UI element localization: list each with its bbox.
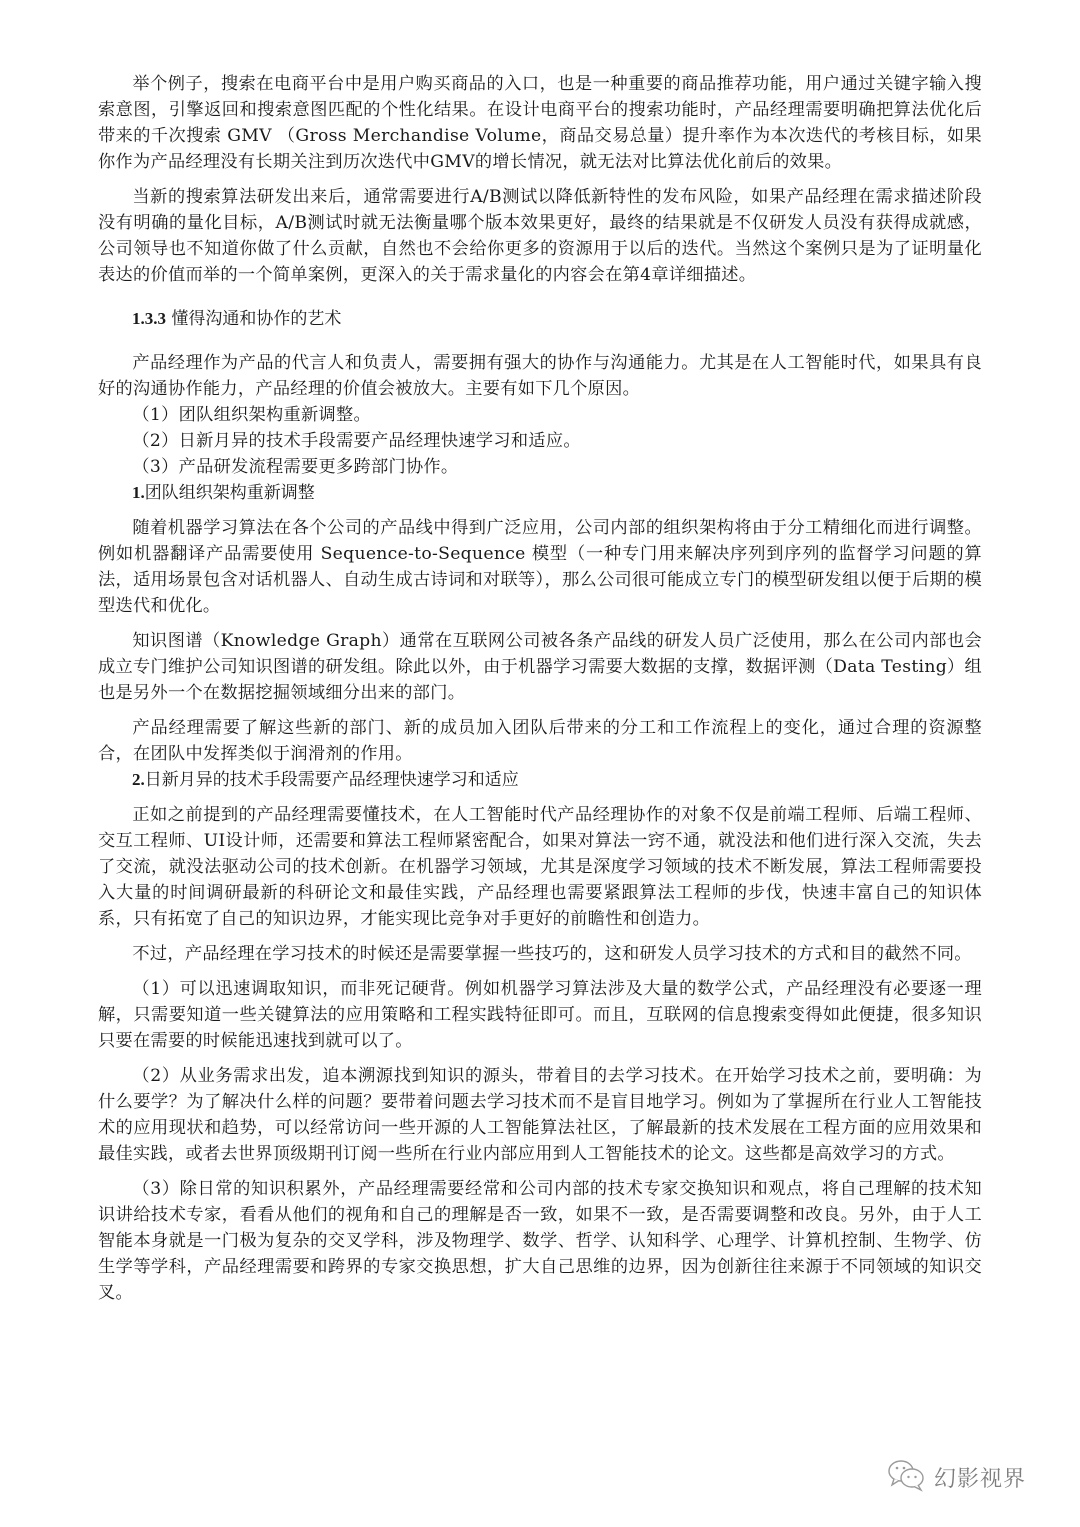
paragraph-gmv-example: 举个例子，搜索在电商平台中是用户购买商品的入口，也是一种重要的商品推荐功能，用户…: [98, 71, 982, 175]
subheading-2-title: 日新月异的技术手段需要产品经理快速学习和适应: [145, 770, 519, 790]
section-heading: 1.3.3 懂得沟通和协作的艺术: [98, 306, 982, 332]
reason-item-2: （2）日新月异的技术手段需要产品经理快速学习和适应。: [98, 428, 982, 454]
paragraph-tip-3: （3）除日常的知识积累外，产品经理需要经常和公司内部的技术专家交换知识和观点，将…: [98, 1176, 982, 1306]
paragraph-tip-2: （2）从业务需求出发，追本溯源找到知识的源头，带着目的去学习技术。在开始学习技术…: [98, 1063, 982, 1167]
wechat-icon: [886, 1458, 928, 1496]
watermark-text: 幻影视界: [934, 1462, 1026, 1493]
paragraph-learning-skills: 不过，产品经理在学习技术的时候还是需要掌握一些技巧的，这和研发人员学习技术的方式…: [98, 941, 982, 967]
paragraph-knowledge-graph: 知识图谱（Knowledge Graph）通常在互联网公司被各条产品线的研发人员…: [98, 628, 982, 706]
subheading-1: 1.团队组织架构重新调整: [98, 480, 982, 506]
watermark: 幻影视界: [886, 1458, 1026, 1496]
paragraph-understand-tech: 正如之前提到的产品经理需要懂技术，在人工智能时代产品经理协作的对象不仅是前端工程…: [98, 802, 982, 932]
paragraph-intro: 产品经理作为产品的代言人和负责人，需要拥有强大的协作与沟通能力。尤其是在人工智能…: [98, 350, 982, 402]
document-page: 举个例子，搜索在电商平台中是用户购买商品的入口，也是一种重要的商品推荐功能，用户…: [98, 71, 982, 1306]
paragraph-tip-1: （1）可以迅速调取知识，而非死记硬背。例如机器学习算法涉及大量的数学公式，产品经…: [98, 976, 982, 1054]
paragraph-org-adjust: 随着机器学习算法在各个公司的产品线中得到广泛应用，公司内部的组织架构将由于分工精…: [98, 515, 982, 619]
reason-item-1: （1）团队组织架构重新调整。: [98, 402, 982, 428]
reason-item-3: （3）产品研发流程需要更多跨部门协作。: [98, 454, 982, 480]
section-title: 懂得沟通和协作的艺术: [171, 309, 341, 329]
subheading-2: 2.日新月异的技术手段需要产品经理快速学习和适应: [98, 767, 982, 793]
subheading-2-number: 2.: [132, 770, 145, 789]
subheading-1-title: 团队组织架构重新调整: [145, 483, 315, 503]
paragraph-lubricant: 产品经理需要了解这些新的部门、新的成员加入团队后带来的分工和工作流程上的变化，通…: [98, 715, 982, 767]
paragraph-ab-test: 当新的搜索算法研发出来后，通常需要进行A/B测试以降低新特性的发布风险，如果产品…: [98, 184, 982, 288]
section-number: 1.3.3: [132, 309, 166, 328]
subheading-1-number: 1.: [132, 483, 145, 502]
